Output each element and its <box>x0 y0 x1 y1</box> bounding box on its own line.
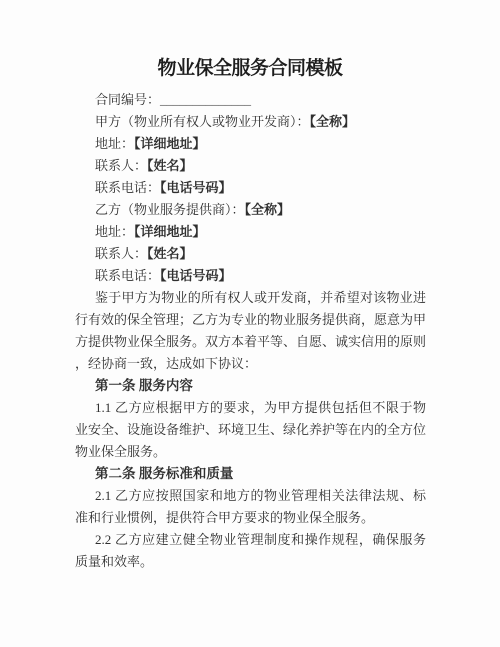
field-label: 乙方（物业服务提供商）： <box>95 202 245 217</box>
field-value: 【电话号码】 <box>160 180 232 195</box>
section-heading: 第二条 服务标准和质量 <box>75 463 426 485</box>
document-title: 物业保全服务合同模板 <box>0 0 500 82</box>
document-body: 合同编号：______________甲方（物业所有权人或物业开发商）：【全称】… <box>75 89 426 573</box>
field-label: 地址： <box>95 136 134 151</box>
field-value: 【姓名】 <box>147 246 193 261</box>
field-value: 【详细地址】 <box>134 136 206 151</box>
field-line: 合同编号：______________ <box>75 89 426 111</box>
field-line: 地址：【详细地址】 <box>75 133 426 155</box>
field-label: 联系电话： <box>95 268 160 283</box>
field-line: 乙方（物业服务提供商）：【全称】 <box>75 199 426 221</box>
field-line: 联系电话：【电话号码】 <box>75 265 426 287</box>
field-label: 联系电话： <box>95 180 160 195</box>
paragraph: 2.1 乙方应按照国家和地方的物业管理相关法律法规、标准和行业惯例，提供符合甲方… <box>75 485 426 529</box>
field-label: 合同编号： <box>95 92 160 107</box>
field-line: 联系人：【姓名】 <box>75 243 426 265</box>
field-value: 【姓名】 <box>147 158 193 173</box>
field-line: 地址：【详细地址】 <box>75 221 426 243</box>
section-heading: 第一条 服务内容 <box>75 375 426 397</box>
field-line: 甲方（物业所有权人或物业开发商）：【全称】 <box>75 111 426 133</box>
field-label: 联系人： <box>95 246 147 261</box>
field-value: 【全称】 <box>245 202 291 217</box>
field-line: 联系人：【姓名】 <box>75 155 426 177</box>
field-label: 甲方（物业所有权人或物业开发商）： <box>95 114 310 129</box>
contract-number-blank: ______________ <box>160 92 251 107</box>
paragraph: 鉴于甲方为物业的所有权人或开发商，并希望对该物业进行有效的保全管理；乙方为专业的… <box>75 287 426 375</box>
field-value: 【详细地址】 <box>134 224 206 239</box>
document-page: 物业保全服务合同模板 合同编号：______________甲方（物业所有权人或… <box>0 0 500 647</box>
field-line: 联系电话：【电话号码】 <box>75 177 426 199</box>
paragraph: 1.1 乙方应根据甲方的要求，为甲方提供包括但不限于物业安全、设施设备维护、环境… <box>75 397 426 463</box>
field-label: 地址： <box>95 224 134 239</box>
field-label: 联系人： <box>95 158 147 173</box>
field-value: 【全称】 <box>310 114 356 129</box>
paragraph: 2.2 乙方应建立健全物业管理制度和操作规程，确保服务质量和效率。 <box>75 529 426 573</box>
field-value: 【电话号码】 <box>160 268 232 283</box>
